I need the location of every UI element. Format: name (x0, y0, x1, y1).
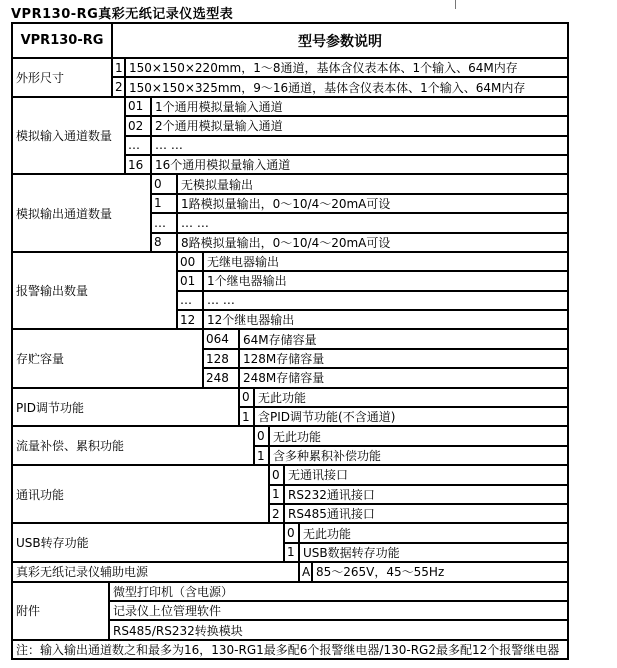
desc-cell: 85～265V，45～55Hz (313, 563, 567, 580)
desc-cell: … … (152, 137, 567, 154)
desc-cell: 1路模拟量输出，0～10/4～20mA可设 (178, 195, 567, 212)
cursor-artifact (455, 0, 456, 9)
header-desc-cell: 型号参数说明 (113, 24, 567, 57)
table-row: A 85～265V，45～55Hz (300, 563, 567, 580)
code-cell: 8 (152, 234, 178, 251)
group-label: 通讯功能 (13, 466, 270, 522)
table-row: … … … (152, 212, 567, 231)
table-row: 1 RS232通讯接口 (270, 484, 567, 503)
spec-group-alarm-outputs: 报警输出数量 00 无继电器输出 01 1个继电器输出 … … … 12 12个… (13, 251, 567, 329)
code-cell: 1 (240, 408, 255, 425)
table-row: 0 无此功能 (255, 427, 567, 444)
desc-cell: 64M存储容量 (240, 330, 567, 347)
desc-cell: 1个继电器输出 (204, 272, 567, 289)
page-title: VPR130-RG真彩无纸记录仪选型表 (11, 3, 233, 22)
group-label: 存贮容量 (13, 330, 204, 386)
code-cell: 248 (204, 369, 240, 386)
code-cell: 1 (255, 447, 270, 464)
code-cell: 02 (126, 117, 152, 134)
spec-group-analog-outputs: 模拟输出通道数量 0 无模拟量输出 1 1路模拟量输出，0～10/4～20mA可… (13, 173, 567, 251)
code-cell: 2 (270, 505, 285, 522)
table-row: 1 含PID调节功能(不含通道) (240, 406, 567, 425)
group-label: 附件 (13, 583, 110, 639)
code-cell: 0 (240, 389, 255, 406)
code-cell: 01 (126, 98, 152, 115)
code-cell: 0 (285, 524, 300, 541)
desc-cell: 150×150×325mm，9～16通道，基体含仪表本体、1个输入、64M内存 (126, 78, 567, 95)
table-row: RS485/RS232转换模块 (110, 619, 567, 638)
desc-cell: … … (178, 214, 567, 231)
desc-cell: 248M存储容量 (240, 369, 567, 386)
code-cell: 1 (270, 486, 285, 503)
desc-cell: 无继电器输出 (204, 253, 567, 270)
spec-group-usb: USB转存功能 0 无此功能 1 USB数据转存功能 (13, 522, 567, 561)
note-row: 注：输入输出通道数之和最多为16，130-RG1最多配6个报警继电器/130-R… (13, 641, 567, 658)
table-row: 01 1个通用模拟量输入通道 (126, 98, 567, 115)
spec-group-storage: 存贮容量 064 64M存储容量 128 128M存储容量 248 248M存储… (13, 328, 567, 386)
desc-cell: 8路模拟量输出，0～10/4～20mA可设 (178, 234, 567, 251)
desc-cell: RS232通讯接口 (285, 486, 567, 503)
desc-cell: 记录仪上位管理软件 (110, 602, 567, 619)
code-cell: … (178, 292, 204, 309)
code-cell: 01 (178, 272, 204, 289)
desc-cell: 微型打印机（含电源） (110, 583, 567, 600)
table-row: 16 16个通用模拟量输入通道 (126, 154, 567, 173)
model-selection-table: VPR130-RG 型号参数说明 外形尺寸 1 150×150×220mm，1～… (11, 22, 569, 660)
spec-group-pid: PID调节功能 0 无此功能 1 含PID调节功能(不含通道) (13, 387, 567, 426)
table-row: 0 无通讯接口 (270, 466, 567, 483)
code-cell: … (126, 137, 152, 154)
desc-cell: 含多种累积补偿功能 (270, 447, 567, 464)
group-label: 模拟输出通道数量 (13, 175, 152, 251)
desc-cell: RS485通讯接口 (285, 505, 567, 522)
desc-cell: 2个通用模拟量输入通道 (152, 117, 567, 134)
table-row: 记录仪上位管理软件 (110, 600, 567, 619)
table-row: 1 150×150×220mm，1～8通道，基体含仪表本体、1个输入、64M内存 (113, 59, 567, 76)
table-row: 1 USB数据转存功能 (285, 542, 567, 561)
desc-cell: 12个继电器输出 (204, 311, 567, 328)
spec-group-analog-inputs: 模拟输入通道数量 01 1个通用模拟量输入通道 02 2个通用模拟量输入通道 …… (13, 96, 567, 174)
group-label: 外形尺寸 (13, 59, 113, 96)
desc-cell: 16个通用模拟量输入通道 (152, 156, 567, 173)
table-row: 8 8路模拟量输出，0～10/4～20mA可设 (152, 232, 567, 251)
spec-group-accessories: 附件 微型打印机（含电源） 记录仪上位管理软件 RS485/RS232转换模块 (13, 581, 567, 639)
table-row: 01 1个继电器输出 (178, 270, 567, 289)
desc-cell: 含PID调节功能(不含通道) (255, 408, 567, 425)
spec-group-aux-power: 真彩无纸记录仪辅助电源 A 85～265V，45～55Hz (13, 561, 567, 580)
table-row: 02 2个通用模拟量输入通道 (126, 115, 567, 134)
table-row: 0 无此功能 (240, 389, 567, 406)
group-label: 真彩无纸记录仪辅助电源 (13, 563, 300, 580)
code-cell: 064 (204, 330, 240, 347)
table-header-row: VPR130-RG 型号参数说明 (13, 24, 567, 57)
group-label: PID调节功能 (13, 389, 240, 426)
code-cell: 0 (255, 427, 270, 444)
table-row: 2 RS485通讯接口 (270, 503, 567, 522)
desc-cell: 无此功能 (300, 524, 567, 541)
code-cell: 128 (204, 350, 240, 367)
code-cell: 0 (270, 466, 285, 483)
code-cell: 12 (178, 311, 204, 328)
code-cell: 16 (126, 156, 152, 173)
spec-group-flow-compensation: 流量补偿、累积功能 0 无此功能 1 含多种累积补偿功能 (13, 425, 567, 464)
table-row: 2 150×150×325mm，9～16通道，基体含仪表本体、1个输入、64M内… (113, 76, 567, 95)
table-row: 1 1路模拟量输出，0～10/4～20mA可设 (152, 193, 567, 212)
desc-cell: 无模拟量输出 (178, 175, 567, 192)
table-row: … … … (178, 290, 567, 309)
table-row: 248 248M存储容量 (204, 367, 567, 386)
note-block: 注：输入输出通道数之和最多为16，130-RG1最多配6个报警继电器/130-R… (13, 639, 567, 658)
code-cell: 1 (113, 59, 126, 76)
table-row: 0 无此功能 (285, 524, 567, 541)
table-row: 00 无继电器输出 (178, 253, 567, 270)
group-label: 流量补偿、累积功能 (13, 427, 255, 464)
desc-cell: 无此功能 (270, 427, 567, 444)
code-cell: 1 (152, 195, 178, 212)
table-row: 0 无模拟量输出 (152, 175, 567, 192)
desc-cell: 1个通用模拟量输入通道 (152, 98, 567, 115)
table-row: 128 128M存储容量 (204, 348, 567, 367)
desc-cell: 无此功能 (255, 389, 567, 406)
desc-cell: USB数据转存功能 (300, 544, 567, 561)
code-cell: 00 (178, 253, 204, 270)
table-row: 064 64M存储容量 (204, 330, 567, 347)
code-cell: 2 (113, 78, 126, 95)
desc-cell: 无通讯接口 (285, 466, 567, 483)
group-label: 模拟输入通道数量 (13, 98, 126, 174)
code-cell: … (152, 214, 178, 231)
group-label: USB转存功能 (13, 524, 285, 561)
table-row: … … … (126, 135, 567, 154)
code-cell: 0 (152, 175, 178, 192)
code-cell: A (300, 563, 313, 580)
spec-group-dimensions: 外形尺寸 1 150×150×220mm，1～8通道，基体含仪表本体、1个输入、… (13, 57, 567, 96)
table-row: 12 12个继电器输出 (178, 309, 567, 328)
desc-cell: 150×150×220mm，1～8通道，基体含仪表本体、1个输入、64M内存 (126, 59, 567, 76)
desc-cell: … … (204, 292, 567, 309)
table-row: 微型打印机（含电源） (110, 583, 567, 600)
desc-cell: 128M存储容量 (240, 350, 567, 367)
group-label: 报警输出数量 (13, 253, 178, 329)
table-row: 1 含多种累积补偿功能 (255, 445, 567, 464)
header-model-cell: VPR130-RG (13, 24, 113, 57)
desc-cell: RS485/RS232转换模块 (110, 621, 567, 638)
spec-group-communication: 通讯功能 0 无通讯接口 1 RS232通讯接口 2 RS485通讯接口 (13, 464, 567, 522)
code-cell: 1 (285, 544, 300, 561)
